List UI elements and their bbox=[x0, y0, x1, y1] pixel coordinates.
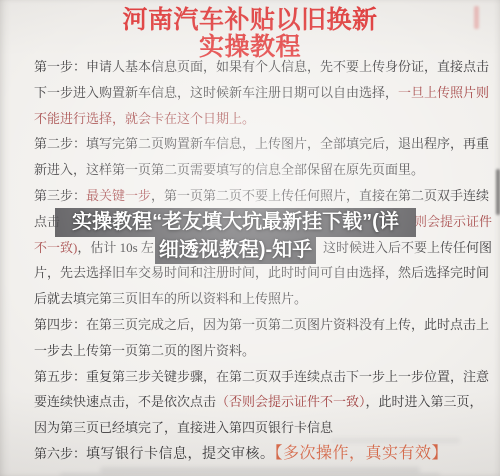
step1-line3: 不能进行选择，就会卡在这个日期上。 bbox=[34, 106, 492, 132]
step-text: 要连续快速点击，不是依次点击 bbox=[34, 394, 216, 409]
step-text: 第四步：在第三页完成之后，因为第一页第二页图片资料没有上传，此时点击上 bbox=[34, 317, 489, 332]
step1-line2: 下一步进入购置新车信息，这时候新车注册日期可以自由选择，一旦上传照片则 bbox=[34, 80, 492, 106]
watermark-line2-text: 细透视教程)-知乎 bbox=[155, 237, 316, 264]
red-smudge-artifact bbox=[474, 6, 479, 29]
step4-line2: 一步去上传第一页第二页的图片资料。 bbox=[34, 338, 492, 364]
step3-line4: 片，先去选择旧车交易时间和注册时间，此时时间可自由选择，然后选择完时间 bbox=[34, 260, 492, 286]
step6-line1: 第六步：填写银行卡信息，提交审核。【多次操作，真实有效】 bbox=[34, 441, 492, 467]
step3-line1: 第三步：最关键一步，第一页第二页不要上传任何照片，直接在第二页双手连续 bbox=[34, 183, 492, 209]
step-text: 第五步：重复第三步关键步骤，在第二页双手连续点击下一步上一步位置，注意 bbox=[34, 369, 489, 384]
step4-line1: 第四步：在第三页完成之后，因为第一页第二页图片资料没有上传，此时点击上 bbox=[34, 312, 492, 338]
step-key-text: 最关键一步 bbox=[86, 188, 151, 203]
photo-edge-artifact bbox=[496, 169, 500, 215]
step-text: 第六步： bbox=[34, 446, 86, 461]
step-text: 第二步：填写完第二页购置新车信息，上传图片，全部填完后，退出程序，再重 bbox=[34, 136, 489, 151]
step2-line1: 第二步：填写完第二页购置新车信息，上传图片，全部填完后，退出程序，再重 bbox=[34, 131, 492, 157]
step-text: 后就去填完第三页旧车的所以资料和上传照片。 bbox=[34, 291, 307, 306]
step-text: 因为第三页已经填完了，直接进入第四页银行卡信息 bbox=[34, 420, 333, 435]
step5-line2: 要连续快速点击，不是依次点击（否则会提示证件不一致），此时进入第三页， bbox=[34, 389, 492, 415]
bleed-through-ghost-text bbox=[330, 438, 460, 443]
step-warning-text: （否则会提示证件不一致） bbox=[216, 394, 366, 409]
tutorial-photo-page: 河南汽车补贴以旧换新 实操教程 第一步：申请人基本信息页面，如果有个人信息，先不… bbox=[0, 0, 500, 476]
step-text: 新进入，这样第一页第二页需要填写的信息全部保留在原先页面里。 bbox=[34, 162, 424, 177]
step-warning-text: 不能进行选择，就会卡在这个日期上。 bbox=[34, 111, 255, 126]
step1-line1: 第一步：申请人基本信息页面，如果有个人信息，先不要上传身份证，直接点击 bbox=[34, 54, 492, 80]
step5-line1: 第五步：重复第三步关键步骤，在第二页双手连续点击下一步上一步位置，注意 bbox=[34, 364, 492, 390]
watermark-line1-text: 实操教程“老友填大坑最新挂下载”(详 bbox=[55, 208, 416, 237]
step-warning-text: 一旦上传照片则 bbox=[398, 85, 489, 100]
step-text: 一步去上传第一页第二页的图片资料。 bbox=[34, 343, 255, 358]
step-text: 片，先去选择旧车交易时间和注册时间，此时时间可自由选择，然后选择完时间 bbox=[34, 265, 489, 280]
watermark-row1: 实操教程“老友填大坑最新挂下载”(详 bbox=[55, 208, 416, 237]
watermark-row2: 细透视教程)-知乎 bbox=[55, 237, 416, 264]
step-text: 第一步：申请人基本信息页面，如果有个人信息，先不要上传身份证，直接点击 bbox=[34, 59, 489, 74]
step-text: 下一步进入购置新车信息，这时候新车注册日期可以自由选择， bbox=[34, 85, 398, 100]
step-text: ，此时进入第三页， bbox=[366, 394, 483, 409]
watermark-subtitle-overlay: 实操教程“老友填大坑最新挂下载”(详 细透视教程)-知乎 bbox=[55, 208, 416, 264]
step-highlight-text: 【多次操作，真实有效】 bbox=[275, 445, 449, 462]
step2-line2: 新进入，这样第一页第二页需要填写的信息全部保留在原先页面里。 bbox=[34, 157, 492, 183]
step3-line5: 后就去填完第三页旧车的所以资料和上传照片。 bbox=[34, 286, 492, 312]
step-warning-text: 则会提示证件 bbox=[414, 209, 492, 235]
page-title: 河南汽车补贴以旧换新 实操教程 bbox=[0, 7, 500, 61]
step-text: ，第一页第二页不要上传任何照片，直接在第二页双手连续 bbox=[151, 188, 489, 203]
title-line1: 河南汽车补贴以旧换新 bbox=[0, 7, 500, 34]
step-text: 填写银行卡信息，提交审核。 bbox=[86, 446, 275, 462]
step-text: 第三步： bbox=[34, 188, 86, 203]
